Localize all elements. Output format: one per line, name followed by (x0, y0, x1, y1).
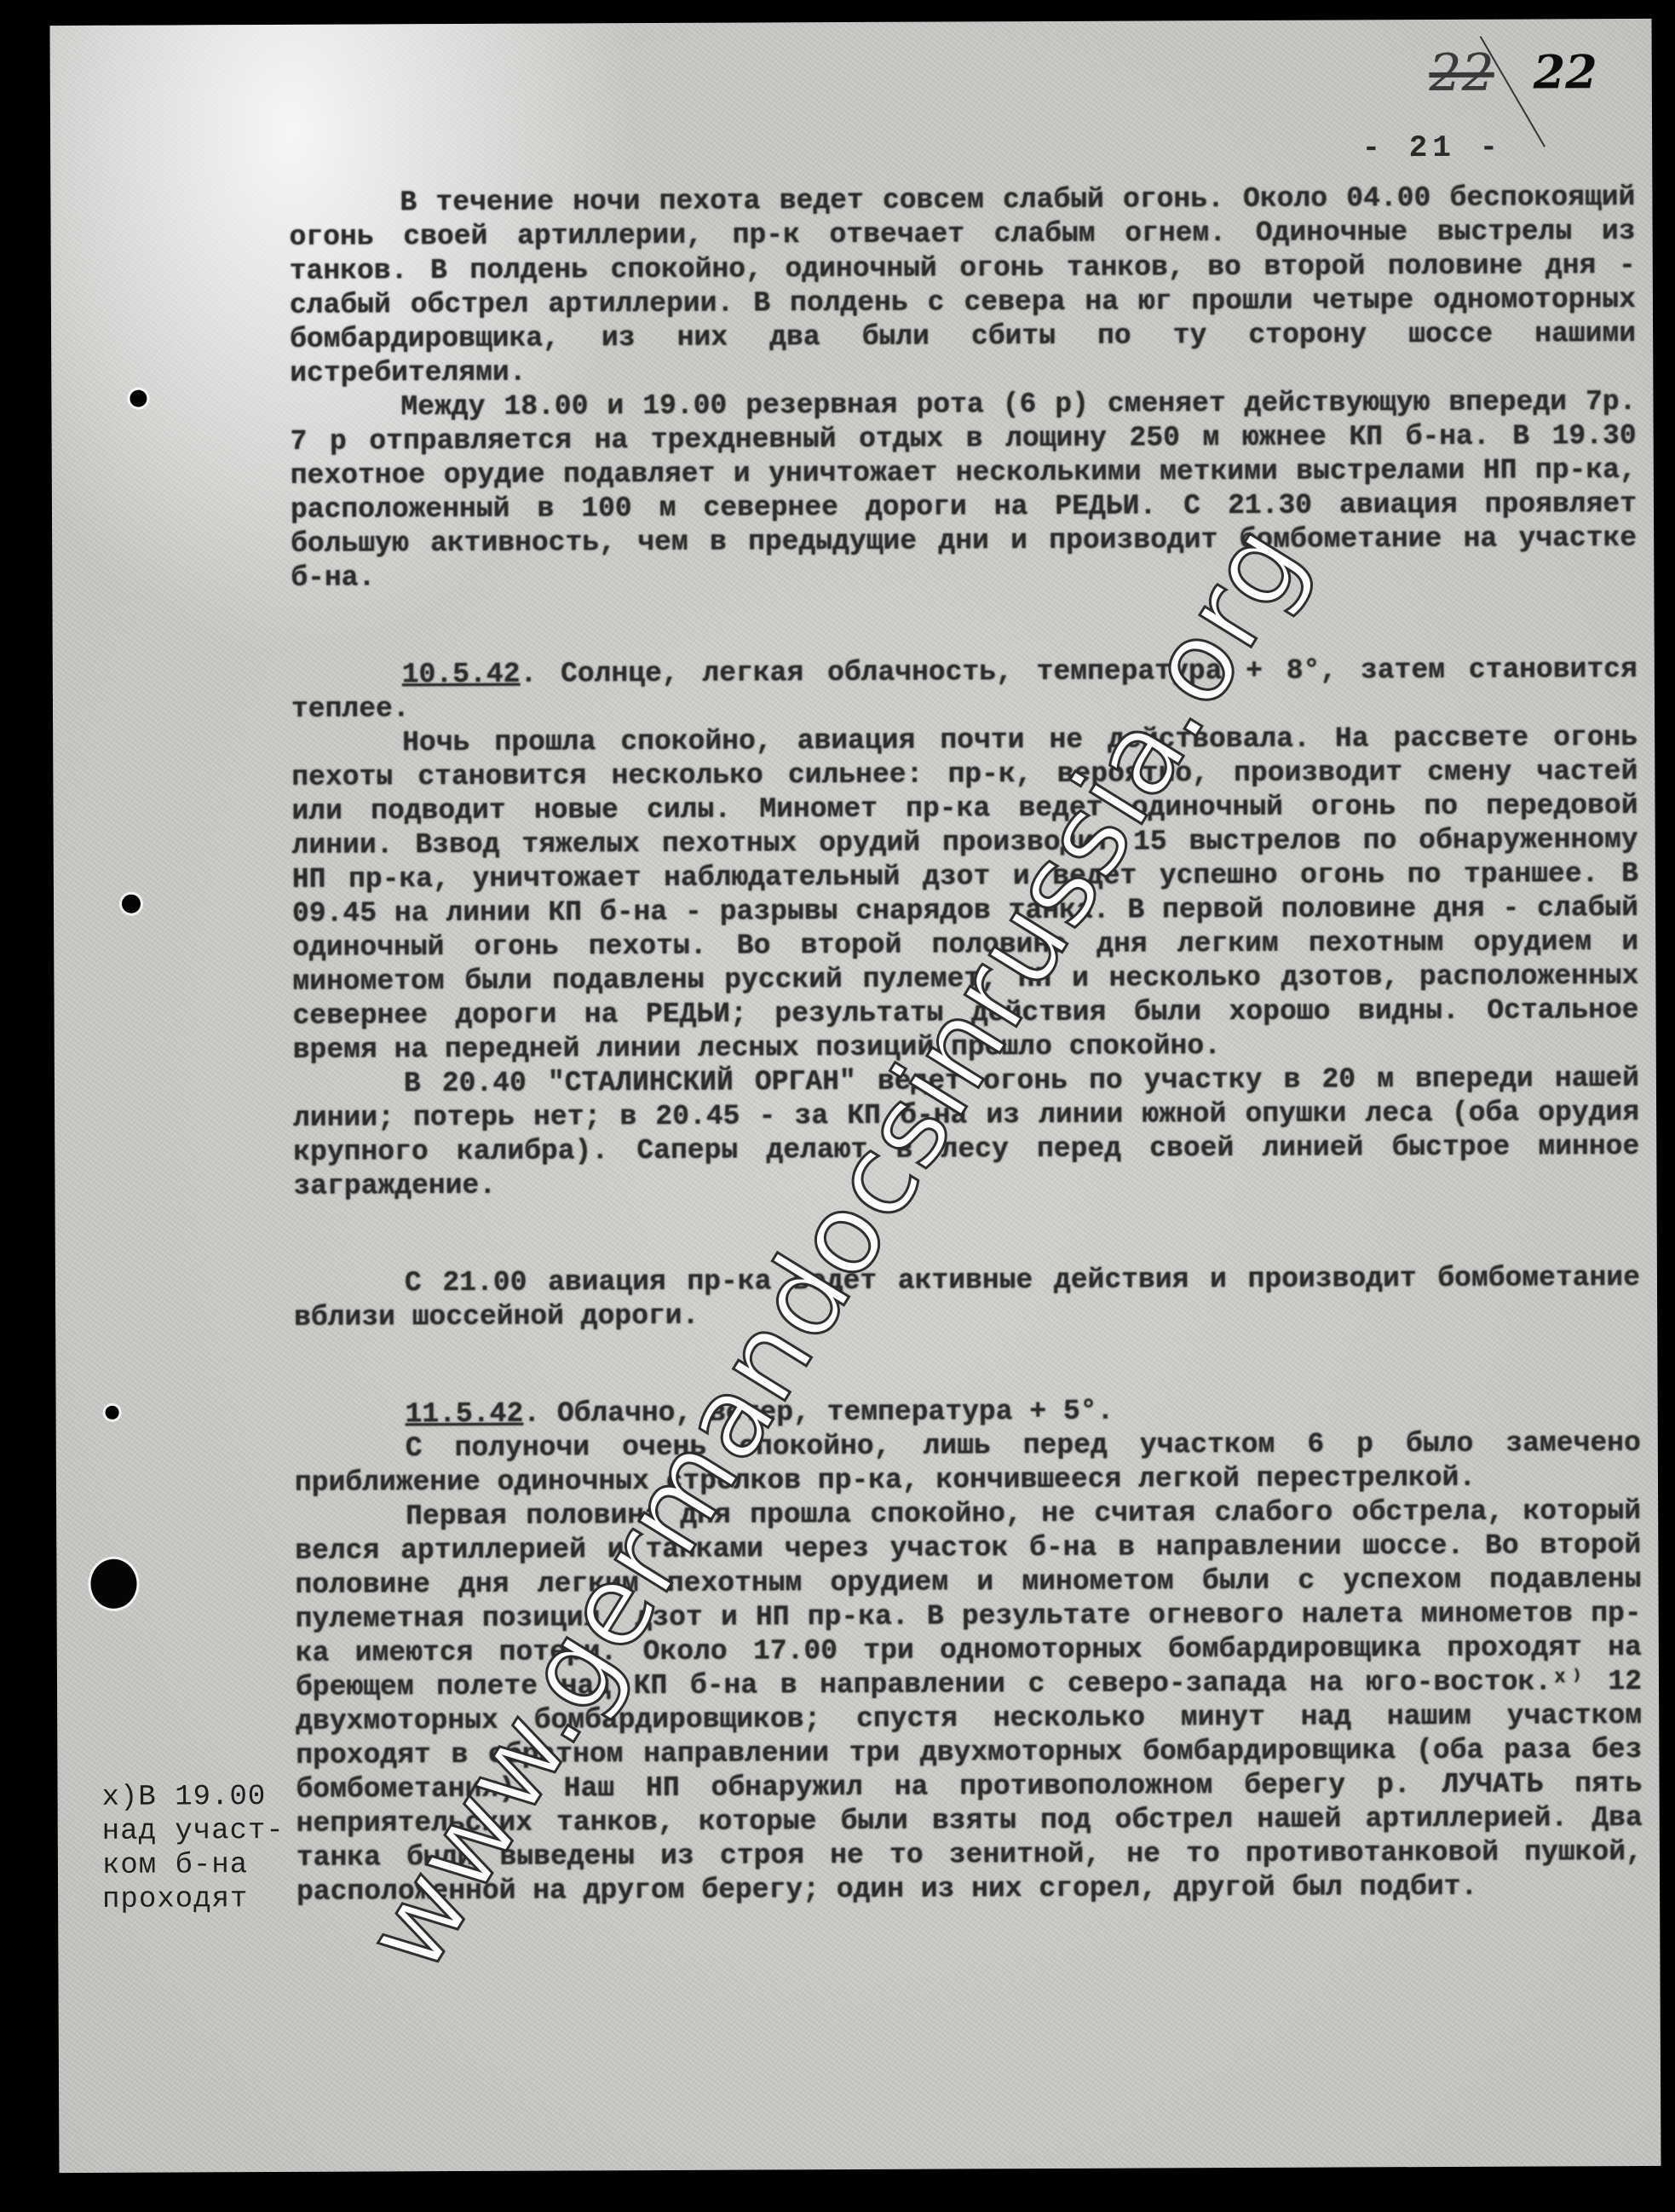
punch-hole (122, 895, 141, 913)
folio-number: 22 (1533, 44, 1597, 99)
paragraph: В течение ночи пехота ведет совсем слабы… (289, 181, 1636, 391)
section-gap (291, 590, 1637, 659)
document-page: 22 22 - 21 - В течение ночи пехота ведет… (50, 19, 1661, 2173)
entry-date: 10.5.42 (402, 659, 521, 691)
punch-hole (106, 1406, 119, 1420)
margin-note-line: х)В 19.00 (101, 1780, 306, 1815)
struck-folio-number: 22 (1429, 43, 1494, 103)
typed-page-number: - 21 - (1361, 130, 1503, 166)
punch-hole (130, 390, 147, 407)
margin-note-line: проходят (102, 1882, 307, 1917)
paragraph: Между 18.00 и 19.00 резервная рота (6 р)… (290, 385, 1637, 596)
margin-note-line: над участ- (102, 1814, 307, 1849)
entry-weather: . Облачно, ветер, температура + 5°. (523, 1396, 1114, 1430)
margin-note-line: ком б-на (102, 1848, 307, 1883)
dated-entry-heading: 10.5.42. Солнце, легкая облачность, темп… (291, 653, 1638, 727)
entry-date: 11.5.42 (406, 1398, 524, 1431)
punch-hole (90, 1559, 136, 1609)
dated-entry-heading: 11.5.42. Облачно, ветер, температура + 5… (295, 1392, 1641, 1432)
section-gap (294, 1198, 1640, 1267)
paragraph: С полуночи очень спокойно, лишь перед уч… (295, 1426, 1641, 1501)
margin-note: х)В 19.00над участ-ком б-напроходят (101, 1780, 307, 1917)
section-gap (294, 1329, 1640, 1398)
paragraph: С 21.00 авиация пр-ка ведет активные дей… (294, 1261, 1640, 1335)
